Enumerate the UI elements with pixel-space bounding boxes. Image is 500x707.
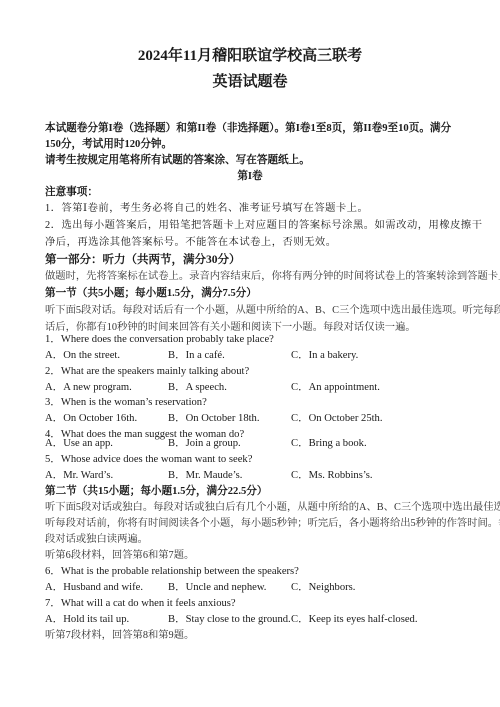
option-5c: C．Ms. Robbins’s.: [291, 469, 373, 483]
option-5b: B．Mr. Maude’s.: [168, 469, 242, 483]
section2-instruction-b: 听每段对话前，你将有时间阅读各个小题，每小题5秒钟；听完后，各小题将给出5秒钟的…: [45, 517, 500, 531]
option-1b: B．In a café.: [168, 349, 225, 363]
section2-instruction-c: 段对话或独白读两遍。: [45, 533, 148, 547]
exam-title: 2024年11月稽阳联谊学校高三联考: [0, 44, 500, 65]
question-7: 7．What will a cat do when it feels anxio…: [45, 597, 236, 611]
notice-item-2a: 2．选出每小题答案后，用铅笔把答题卡上对应题目的答案标号涂黑。如需改动，用橡皮擦…: [45, 219, 483, 233]
question-6: 6．What is the probable relationship betw…: [45, 565, 299, 579]
option-3b: B．On October 18th.: [168, 412, 260, 426]
option-5a: A．Mr. Ward’s.: [45, 469, 113, 483]
option-3c: C．On October 25th.: [291, 412, 383, 426]
intro-line-2: 150分，考试用时120分钟。: [45, 138, 172, 152]
option-7c: C．Keep its eyes half-closed.: [291, 613, 418, 627]
option-2a: A．A new program.: [45, 381, 132, 395]
option-1c: C．In a bakery.: [291, 349, 358, 363]
option-6b: B．Uncle and nephew.: [168, 581, 266, 595]
intro-line-3: 请考生按规定用笔将所有试题的答案涂、写在答题纸上。: [45, 154, 310, 168]
notice-heading: 注意事项：: [45, 186, 98, 200]
option-7a: A．Hold its tail up.: [45, 613, 129, 627]
volume-heading: 第I卷: [0, 170, 500, 184]
option-3a: A．On October 16th.: [45, 412, 137, 426]
material-6-note: 听第6段材料，回答第6和第7题。: [45, 549, 194, 563]
question-2: 2．What are the speakers mainly talking a…: [45, 365, 249, 379]
question-3: 3．When is the woman’s reservation?: [45, 396, 207, 410]
notice-item-2b: 净后，再选涂其他答案标号。不能答在本试卷上，否则无效。: [45, 236, 337, 250]
part1-instruction: 做题时，先将答案标在试卷上。录音内容结束后，你将有两分钟的时间将试卷上的答案转涂…: [45, 270, 500, 284]
option-7b: B．Stay close to the ground.: [168, 613, 291, 627]
option-4a: A．Use an app.: [45, 437, 113, 451]
exam-subtitle: 英语试题卷: [0, 70, 500, 91]
option-2b: B．A speech.: [168, 381, 227, 395]
intro-line-1: 本试题卷分第I卷（选择题）和第II卷（非选择题）。第I卷1至8页，第II卷9至1…: [45, 122, 451, 136]
notice-item-1: 1．答第Ⅰ卷前，考生务必将自己的姓名、准考证号填写在答题卡上。: [45, 202, 368, 216]
question-5: 5．Whose advice does the woman want to se…: [45, 453, 252, 467]
option-2c: C．An appointment.: [291, 381, 380, 395]
part1-heading: 第一部分：听力（共两节，满分30分）: [45, 253, 241, 267]
section2-heading: 第二节（共15小题；每小题1.5分，满分22.5分）: [45, 485, 267, 499]
option-4c: C．Bring a book.: [291, 437, 367, 451]
section1-instruction-a: 听下面5段对话。每段对话后有一个小题，从题中所给的A、B、C三个选项中选出最佳选…: [45, 304, 500, 318]
section1-heading: 第一节（共5小题；每小题1.5分，满分7.5分）: [45, 287, 257, 301]
option-4b: B．Join a group.: [168, 437, 241, 451]
option-6c: C．Neighbors.: [291, 581, 355, 595]
exam-page: 2024年11月稽阳联谊学校高三联考 英语试题卷 本试题卷分第I卷（选择题）和第…: [0, 0, 500, 707]
question-1: 1．Where does the conversation probably t…: [45, 333, 274, 347]
section2-instruction-a: 听下面5段对话或独白。每段对话或独白后有几个小题，从题中所给的A、B、C三个选项…: [45, 501, 500, 515]
material-7-note: 听第7段材料，回答第8和第9题。: [45, 629, 194, 643]
option-6a: A．Husband and wife.: [45, 581, 143, 595]
option-1a: A．On the street.: [45, 349, 120, 363]
